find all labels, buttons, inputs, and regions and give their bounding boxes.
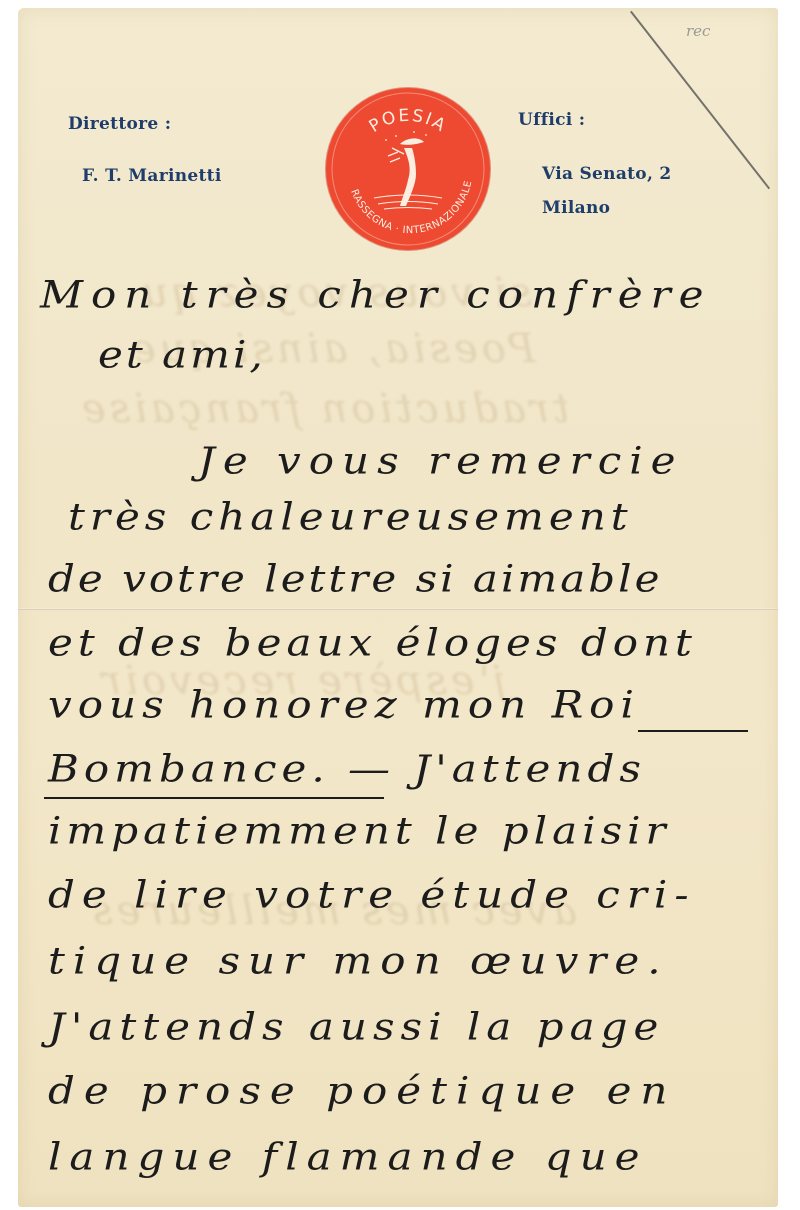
pencil-annotation: rec (686, 22, 710, 40)
letter-line: vous honorez mon Roi (48, 682, 640, 726)
letter-line: langue flamande que (48, 1134, 647, 1178)
salutation-line-1: Mon très cher confrère (40, 272, 712, 316)
letter-line: tique sur mon œuvre. (48, 938, 669, 982)
letter-line: de lire votre étude cri- (48, 872, 696, 916)
letter-line: J'attends aussi la page (48, 1004, 664, 1048)
title-underline (638, 730, 748, 732)
title-underline (44, 797, 384, 799)
salutation-line-2: et ami, (98, 332, 266, 376)
poesia-emblem: POESIA RASSEGNA · INTERNAZIONALE (326, 88, 490, 250)
letter-line-book-title: Bombance. — J'attends (48, 746, 646, 790)
letter-line: très chaleureusement (68, 494, 633, 538)
letter-paper: rec si vous voyez qu Poesia, ainsi que t… (18, 8, 778, 1207)
bleed-through-text: traduction française (78, 386, 569, 432)
letter-line: de prose poétique en (48, 1068, 677, 1112)
letter-line: et des beaux éloges dont (48, 620, 697, 664)
letter-line: de votre lettre si aimable (48, 556, 662, 600)
letter-line: Je vous remercie (198, 438, 684, 482)
emblem-top-text: POESIA (366, 106, 451, 137)
letter-line: impatiemment le plaisir (48, 808, 671, 852)
offices-label: Uffici : (518, 110, 585, 130)
poesia-emblem-icon: POESIA RASSEGNA · INTERNAZIONALE (326, 88, 490, 250)
address-city: Milano (542, 198, 610, 218)
director-name: F. T. Marinetti (82, 166, 222, 186)
fold-crease (18, 608, 778, 610)
address-street: Via Senato, 2 (542, 164, 672, 184)
director-label: Direttore : (68, 114, 171, 134)
